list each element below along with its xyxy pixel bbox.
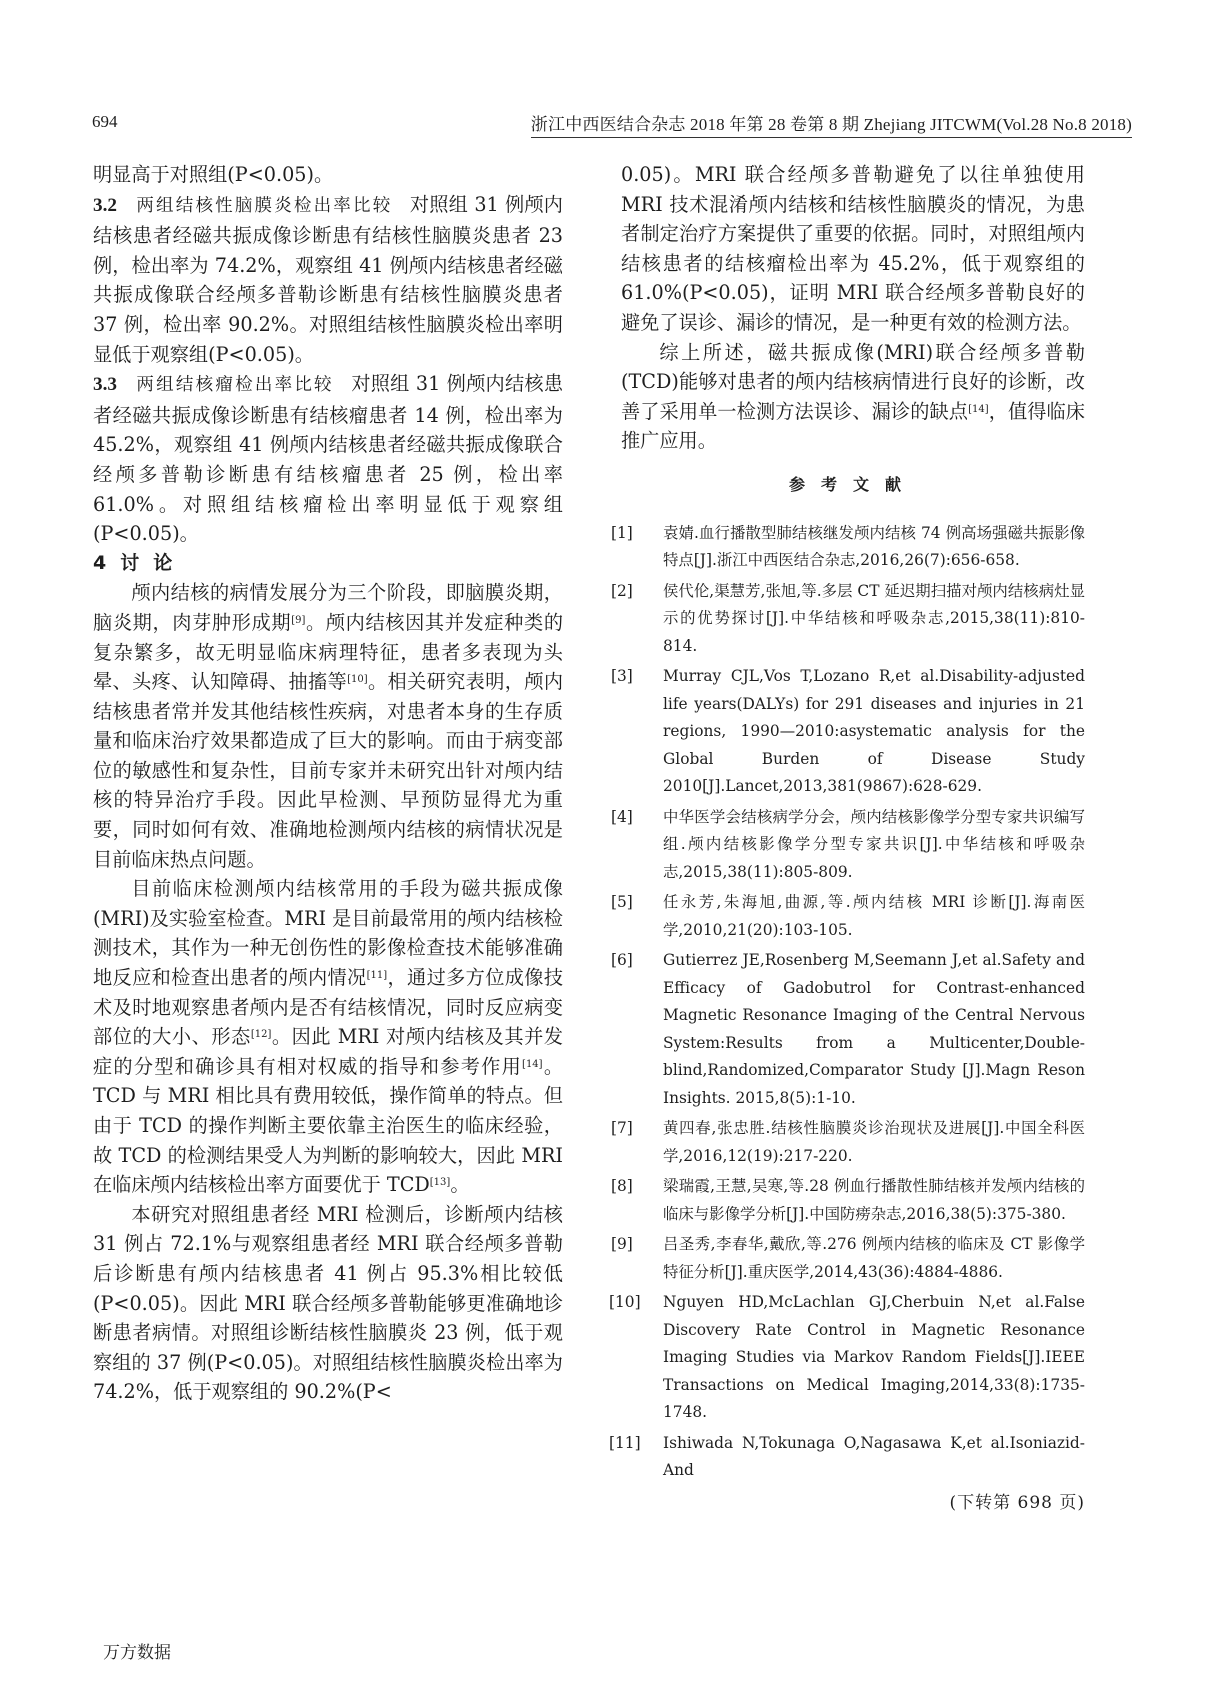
references-heading: 参考文献 [621,470,1085,500]
section-title: 两组结核性脑膜炎检出率比较 [136,196,392,216]
reference-number: [10] [609,1289,641,1317]
section-number: 3.3 [93,374,117,395]
reference-text: Murray CJL,Vos T,Lozano R,et al.Disabili… [663,667,1085,795]
reference-item: [9]吕圣秀,李春华,戴欣,等.276 例颅内结核的临床及 CT 影像学特征分析… [621,1231,1085,1286]
paragraph: 明显高于对照组(P<0.05)。 [93,160,563,190]
reference-number: [7] [611,1115,633,1143]
watermark: 万方数据 [103,1638,171,1663]
text: 。 [450,1173,469,1196]
reference-number: [6] [611,947,633,975]
discussion-paragraph-2: 目前临床检测颅内结核常用的手段为磁共振成像(MRI)及实验室检查。MRI 是目前… [93,874,563,1200]
continued-note: (下转第 698 页) [621,1489,1085,1519]
reference-text: 袁婧.血行播散型肺结核继发颅内结核 74 例高场强磁共振影像特点[J].浙江中西… [663,524,1085,570]
reference-item: [10]Nguyen HD,McLachlan GJ,Cherbuin N,et… [621,1289,1085,1427]
citation-14[interactable]: [14] [968,404,989,415]
reference-item: [8]梁瑞霞,王慧,吴寒,等.28 例血行播散性肺结核并发颅内结核的临床与影像学… [621,1173,1085,1228]
reference-text: 中华医学会结核病学分会，颅内结核影像学分型专家共识编写组.颅内结核影像学分型专家… [663,808,1085,881]
citation-13[interactable]: [13] [430,1177,451,1188]
reference-number: [8] [611,1173,633,1201]
citation-14[interactable]: [14] [522,1059,543,1070]
text: 。相关研究表明，颅内结核患者常并发其他结核性疾病，对患者本身的生存质量和临床治疗… [93,670,563,871]
reference-number: [11] [609,1430,641,1458]
conclusion-paragraph: 综上所述，磁共振成像(MRI)联合经颅多普勒(TCD)能够对患者的颅内结核病情进… [621,338,1085,456]
section-title: 讨论 [120,552,186,574]
reference-number: [4] [611,804,633,832]
section-3-3: 3.3两组结核瘤检出率比较对照组 31 例颅内结核患者经磁共振成像诊断患有结核瘤… [93,369,563,549]
reference-item: [2]侯代伦,渠慧芳,张旭,等.多层 CT 延迟期扫描对颅内结核病灶显示的优势探… [621,578,1085,661]
page-number: 694 [92,112,118,132]
reference-number: [5] [611,889,633,917]
reference-text: Gutierrez JE,Rosenberg M,Seemann J,et al… [663,951,1085,1107]
section-3-2: 3.2两组结核性脑膜炎检出率比较对照组 31 例颅内结核患者经磁共振成像诊断患有… [93,190,563,370]
citation-10[interactable]: [10] [347,674,368,685]
reference-item: [6]Gutierrez JE,Rosenberg M,Seemann J,et… [621,947,1085,1112]
reference-item: [4]中华医学会结核病学分会，颅内结核影像学分型专家共识编写组.颅内结核影像学分… [621,804,1085,887]
reference-item: [11]Ishiwada N,Tokunaga O,Nagasawa K,et … [621,1430,1085,1485]
paragraph-continued: 0.05)。MRI 联合经颅多普勒避免了以往单独使用 MRI 技术混淆颅内结核和… [621,160,1085,338]
discussion-paragraph-1: 颅内结核的病情发展分为三个阶段，即脑膜炎期，脑炎期，肉芽肿形成期[9]。颅内结核… [93,578,563,874]
left-column: 明显高于对照组(P<0.05)。 3.2两组结核性脑膜炎检出率比较对照组 31 … [93,160,563,1407]
page-header: 694 浙江中西医结合杂志 2018 年第 28 卷第 8 期 Zhejiang… [92,108,1132,138]
reference-number: [2] [611,578,633,606]
reference-item: [5]任永芳,朱海旭,曲源,等.颅内结核 MRI 诊断[J].海南医学,2010… [621,889,1085,944]
citation-11[interactable]: [11] [367,970,388,981]
reference-item: [3]Murray CJL,Vos T,Lozano R,et al.Disab… [621,663,1085,801]
section-body: 对照组 31 例颅内结核患者经磁共振成像诊断患有结核性脑膜炎患者 23 例，检出… [93,193,563,366]
reference-text: Ishiwada N,Tokunaga O,Nagasawa K,et al.I… [663,1434,1085,1480]
section-4-heading: 4讨论 [93,549,563,579]
reference-text: Nguyen HD,McLachlan GJ,Cherbuin N,et al.… [663,1293,1085,1421]
section-number: 3.2 [93,195,117,216]
citation-12[interactable]: [12] [251,1029,272,1040]
reference-number: [3] [611,663,633,691]
reference-text: 侯代伦,渠慧芳,张旭,等.多层 CT 延迟期扫描对颅内结核病灶显示的优势探讨[J… [663,582,1085,655]
section-number: 4 [93,552,106,574]
journal-running-head: 浙江中西医结合杂志 2018 年第 28 卷第 8 期 Zhejiang JIT… [531,110,1132,138]
reference-text: 黄四春,张忠胜.结核性脑膜炎诊治现状及进展[J].中国全科医学,2016,12(… [663,1119,1085,1165]
reference-list: [1]袁婧.血行播散型肺结核继发颅内结核 74 例高场强磁共振影像特点[J].浙… [621,520,1085,1485]
reference-text: 任永芳,朱海旭,曲源,等.颅内结核 MRI 诊断[J].海南医学,2010,21… [663,893,1085,939]
reference-item: [7]黄四春,张忠胜.结核性脑膜炎诊治现状及进展[J].中国全科医学,2016,… [621,1115,1085,1170]
reference-number: [1] [611,520,633,548]
reference-text: 梁瑞霞,王慧,吴寒,等.28 例血行播散性肺结核并发颅内结核的临床与影像学分析[… [663,1177,1085,1223]
reference-number: [9] [611,1231,633,1259]
citation-9[interactable]: [9] [291,615,305,626]
reference-item: [1]袁婧.血行播散型肺结核继发颅内结核 74 例高场强磁共振影像特点[J].浙… [621,520,1085,575]
right-column: 0.05)。MRI 联合经颅多普勒避免了以往单独使用 MRI 技术混淆颅内结核和… [621,160,1085,1518]
discussion-paragraph-3: 本研究对照组患者经 MRI 检测后，诊断颅内结核 31 例占 72.1%与观察组… [93,1200,563,1407]
section-body: 对照组 31 例颅内结核患者经磁共振成像诊断患有结核瘤患者 14 例，检出率为 … [93,372,563,545]
reference-text: 吕圣秀,李春华,戴欣,等.276 例颅内结核的临床及 CT 影像学特征分析[J]… [663,1235,1085,1281]
section-title: 两组结核瘤检出率比较 [136,375,334,395]
